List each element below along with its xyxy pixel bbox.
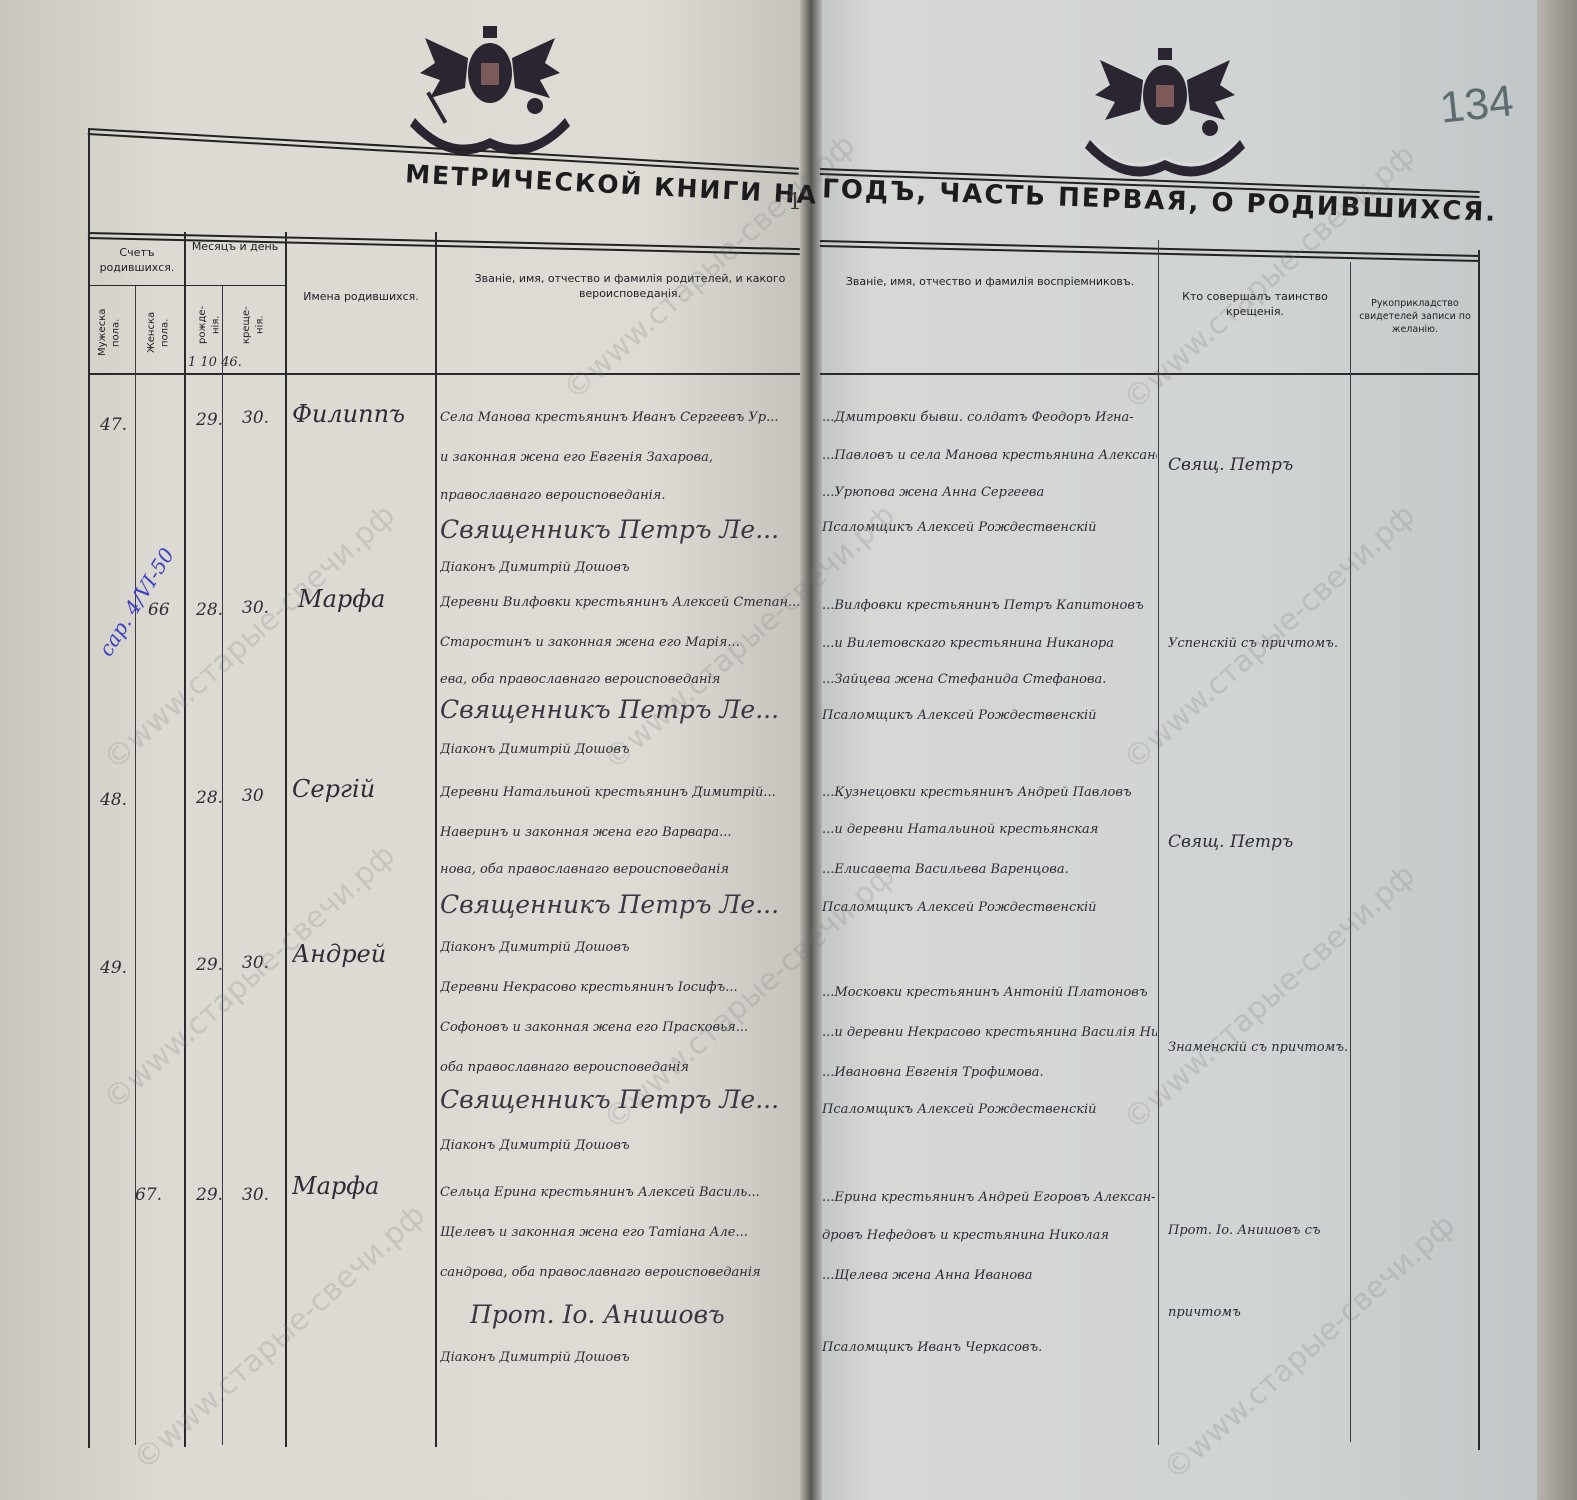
entry-male-number: 49. [100,958,127,978]
entry-deacon-signature: Діаконъ Димитрій Дошовъ [440,742,805,757]
entry-officiant: Свящ. Петръ [1168,832,1293,852]
entry-psalmist-signature: Псаломщикъ Алексей Рождественскій [822,708,1157,723]
header-divider-left [88,373,800,375]
entry-female-number: 66 [148,600,170,620]
entry-godparents-line: ...Ерина крестьянинъ Андрей Егоровъ Алек… [822,1190,1157,1205]
header-count-group: Счетъ родившихся. [90,246,184,276]
entry-male-number: 48. [100,790,127,810]
entry-psalmist-signature: Псаломщикъ Алексей Рождественскій [822,520,1157,535]
entry-godparents-line: ...Кузнецовки крестьянинъ Андрей Павловъ [822,785,1157,800]
entry-godparents-line: ...Ивановна Евгенія Трофимова. [822,1065,1157,1080]
entry-deacon-signature: Діаконъ Димитрій Дошовъ [440,940,805,955]
entry-parents-line: ева, оба православнаго вероисповеданія [440,672,805,687]
entry-psalmist-signature: Псаломщикъ Иванъ Черкасовъ. [822,1340,1157,1355]
entry-parents-line: Деревни Некрасово крестьянинъ Іосифъ... [440,980,805,995]
entry-child-name: Марфа [298,585,385,613]
entry-godparents-line: ...и Вилетовскаго крестьянина Никанора [822,636,1157,651]
entry-parents-line: Софоновъ и законная жена его Прасковья..… [440,1020,805,1035]
header-godparents: Званіе, имя, отчество и фамилія воспріем… [830,275,1150,290]
imperial-eagle-emblem-right [1080,40,1250,180]
table-border-right [1478,250,1480,1450]
header-names: Имена родившихся. [287,290,435,305]
subheader-line [88,285,285,286]
folio-number: 134 [1438,76,1516,133]
entry-child-name: Марфа [292,1172,379,1200]
entry-officiant: Знаменскій съ причтомъ. [1168,1040,1348,1055]
entry-godparents-line: ...Зайцева жена Стефанида Стефанова. [822,672,1157,687]
entry-baptism-day: 30. [242,953,269,973]
entry-priest-signature: Прот. Іо. Анишовъ [470,1300,805,1329]
col-line [222,285,223,1445]
entry-birth-day: 28. [196,600,223,620]
entry-godparents-line: ...Дмитровки бывш. солдатъ Феодоръ Игна- [822,410,1157,425]
entry-child-name: Сергій [292,775,375,803]
entry-godparents-line: ...и деревни Некрасово крестьянина Васил… [822,1025,1157,1040]
col-line [1158,240,1159,1445]
entry-deacon-signature: Діаконъ Димитрій Дошовъ [440,1350,805,1365]
col-line [135,285,136,1445]
entry-parents-line: православнаго вероисповеданія. [440,488,805,503]
entry-birth-day: 29. [196,410,223,430]
entry-birth-day: 29. [196,1185,223,1205]
entry-godparents-line: ...Елисавета Васильева Варенцова. [822,862,1157,877]
col-line [1350,262,1351,1442]
entry-deacon-signature: Діаконъ Димитрій Дошовъ [440,1138,805,1153]
entry-female-number: 67. [135,1185,162,1205]
col-line [184,232,186,1447]
entry-priest-signature: Священникъ Петръ Ле... [440,515,805,544]
entry-baptism-day: 30 [242,786,264,806]
entry-priest-signature: Священникъ Петръ Ле... [440,890,805,919]
entry-parents-line: Сельца Ерина крестьянинъ Алексей Василь.… [440,1185,805,1200]
entry-godparents-line: дровъ Нефедовъ и крестьянина Николая [822,1228,1157,1243]
imperial-eagle-emblem-left [405,18,575,158]
entry-baptism-day: 30. [242,1185,269,1205]
header-count-female: Женска пола. [145,300,172,365]
entry-godparents-line: ...Московки крестьянинъ Антоній Платонов… [822,985,1157,1000]
entry-parents-line: Щелевъ и законная жена его Татіана Але..… [440,1225,805,1240]
col-line [435,232,437,1447]
entry-parents-line: оба православнаго вероисповеданія [440,1060,805,1075]
header-date-baptism: креще-нія. [240,300,267,350]
entry-officiant: Прот. Іо. Анишовъ съ причтомъ [1168,1190,1348,1354]
header-parents: Званіе, имя, отчество и фамилія родителе… [460,272,800,302]
entry-priest-signature: Священникъ Петръ Ле... [440,1085,805,1114]
entry-deacon-signature: Діаконъ Димитрій Дошовъ [440,560,805,575]
header-month-note: 1 10 46. [188,355,242,370]
entry-parents-line: Старостинъ и законная жена его Марія... [440,635,805,650]
entry-child-name: Андрей [292,940,386,968]
entry-male-number: 47. [100,415,127,435]
entry-priest-signature: Священникъ Петръ Ле... [440,695,805,724]
entry-godparents-line: ...Павловъ и села Манова крестьянина Але… [822,448,1157,463]
header-count-male: Мужеска пола. [96,300,123,365]
entry-godparents-line: ...Урюпова жена Анна Сергеева [822,485,1157,500]
header-date-group: Месяцъ и день [186,240,284,255]
entry-birth-day: 28. [196,788,223,808]
entry-godparents-line: ...Щелева жена Анна Иванова [822,1268,1157,1283]
header-date-birth: рожде-нія. [196,300,223,350]
header-officiant: Кто совершалъ таинство крещенія. [1162,290,1348,320]
entry-parents-line: Наверинъ и законная жена его Варвара... [440,825,805,840]
page-edge [1537,0,1577,1500]
entry-baptism-day: 30. [242,598,269,618]
entry-parents-line: Села Манова крестьянинъ Иванъ Сергеевъ У… [440,410,805,425]
header-divider-right [820,373,1480,375]
entry-birth-day: 29. [196,955,223,975]
title-year-handwritten: 1 [788,190,802,215]
entry-parents-line: Деревни Натальиной крестьянинъ Димитрій.… [440,785,805,800]
entry-psalmist-signature: Псаломщикъ Алексей Рождественскій [822,900,1157,915]
entry-godparents-line: ...Вилфовки крестьянинъ Петръ Капитоновъ [822,598,1157,613]
entry-parents-line: нова, оба православнаго вероисповеданія [440,862,805,877]
entry-officiant: Успенскій съ причтомъ. [1168,636,1338,651]
entry-psalmist-signature: Псаломщикъ Алексей Рождественскій [822,1102,1157,1117]
header-signatures: Рукоприкладство свидетелей записи по жел… [1352,298,1478,336]
entry-officiant: Свящ. Петръ [1168,455,1293,475]
entry-baptism-day: 30. [242,408,269,428]
entry-child-name: Филиппъ [292,400,405,428]
entry-parents-line: Деревни Вилфовки крестьянинъ Алексей Сте… [440,595,805,610]
entry-godparents-line: ...и деревни Натальиной крестьянская [822,822,1157,837]
open-register-book: 134 МЕТРИЧЕСКОЙ КНИГИ НА 1 ГОДЪ, ЧАСТЬ П… [0,0,1577,1500]
table-border-left [88,128,90,1448]
entry-parents-line: и законная жена его Евгенія Захарова, [440,450,805,465]
entry-parents-line: сандрова, оба православнаго вероисповеда… [440,1265,805,1280]
col-line [285,232,287,1447]
